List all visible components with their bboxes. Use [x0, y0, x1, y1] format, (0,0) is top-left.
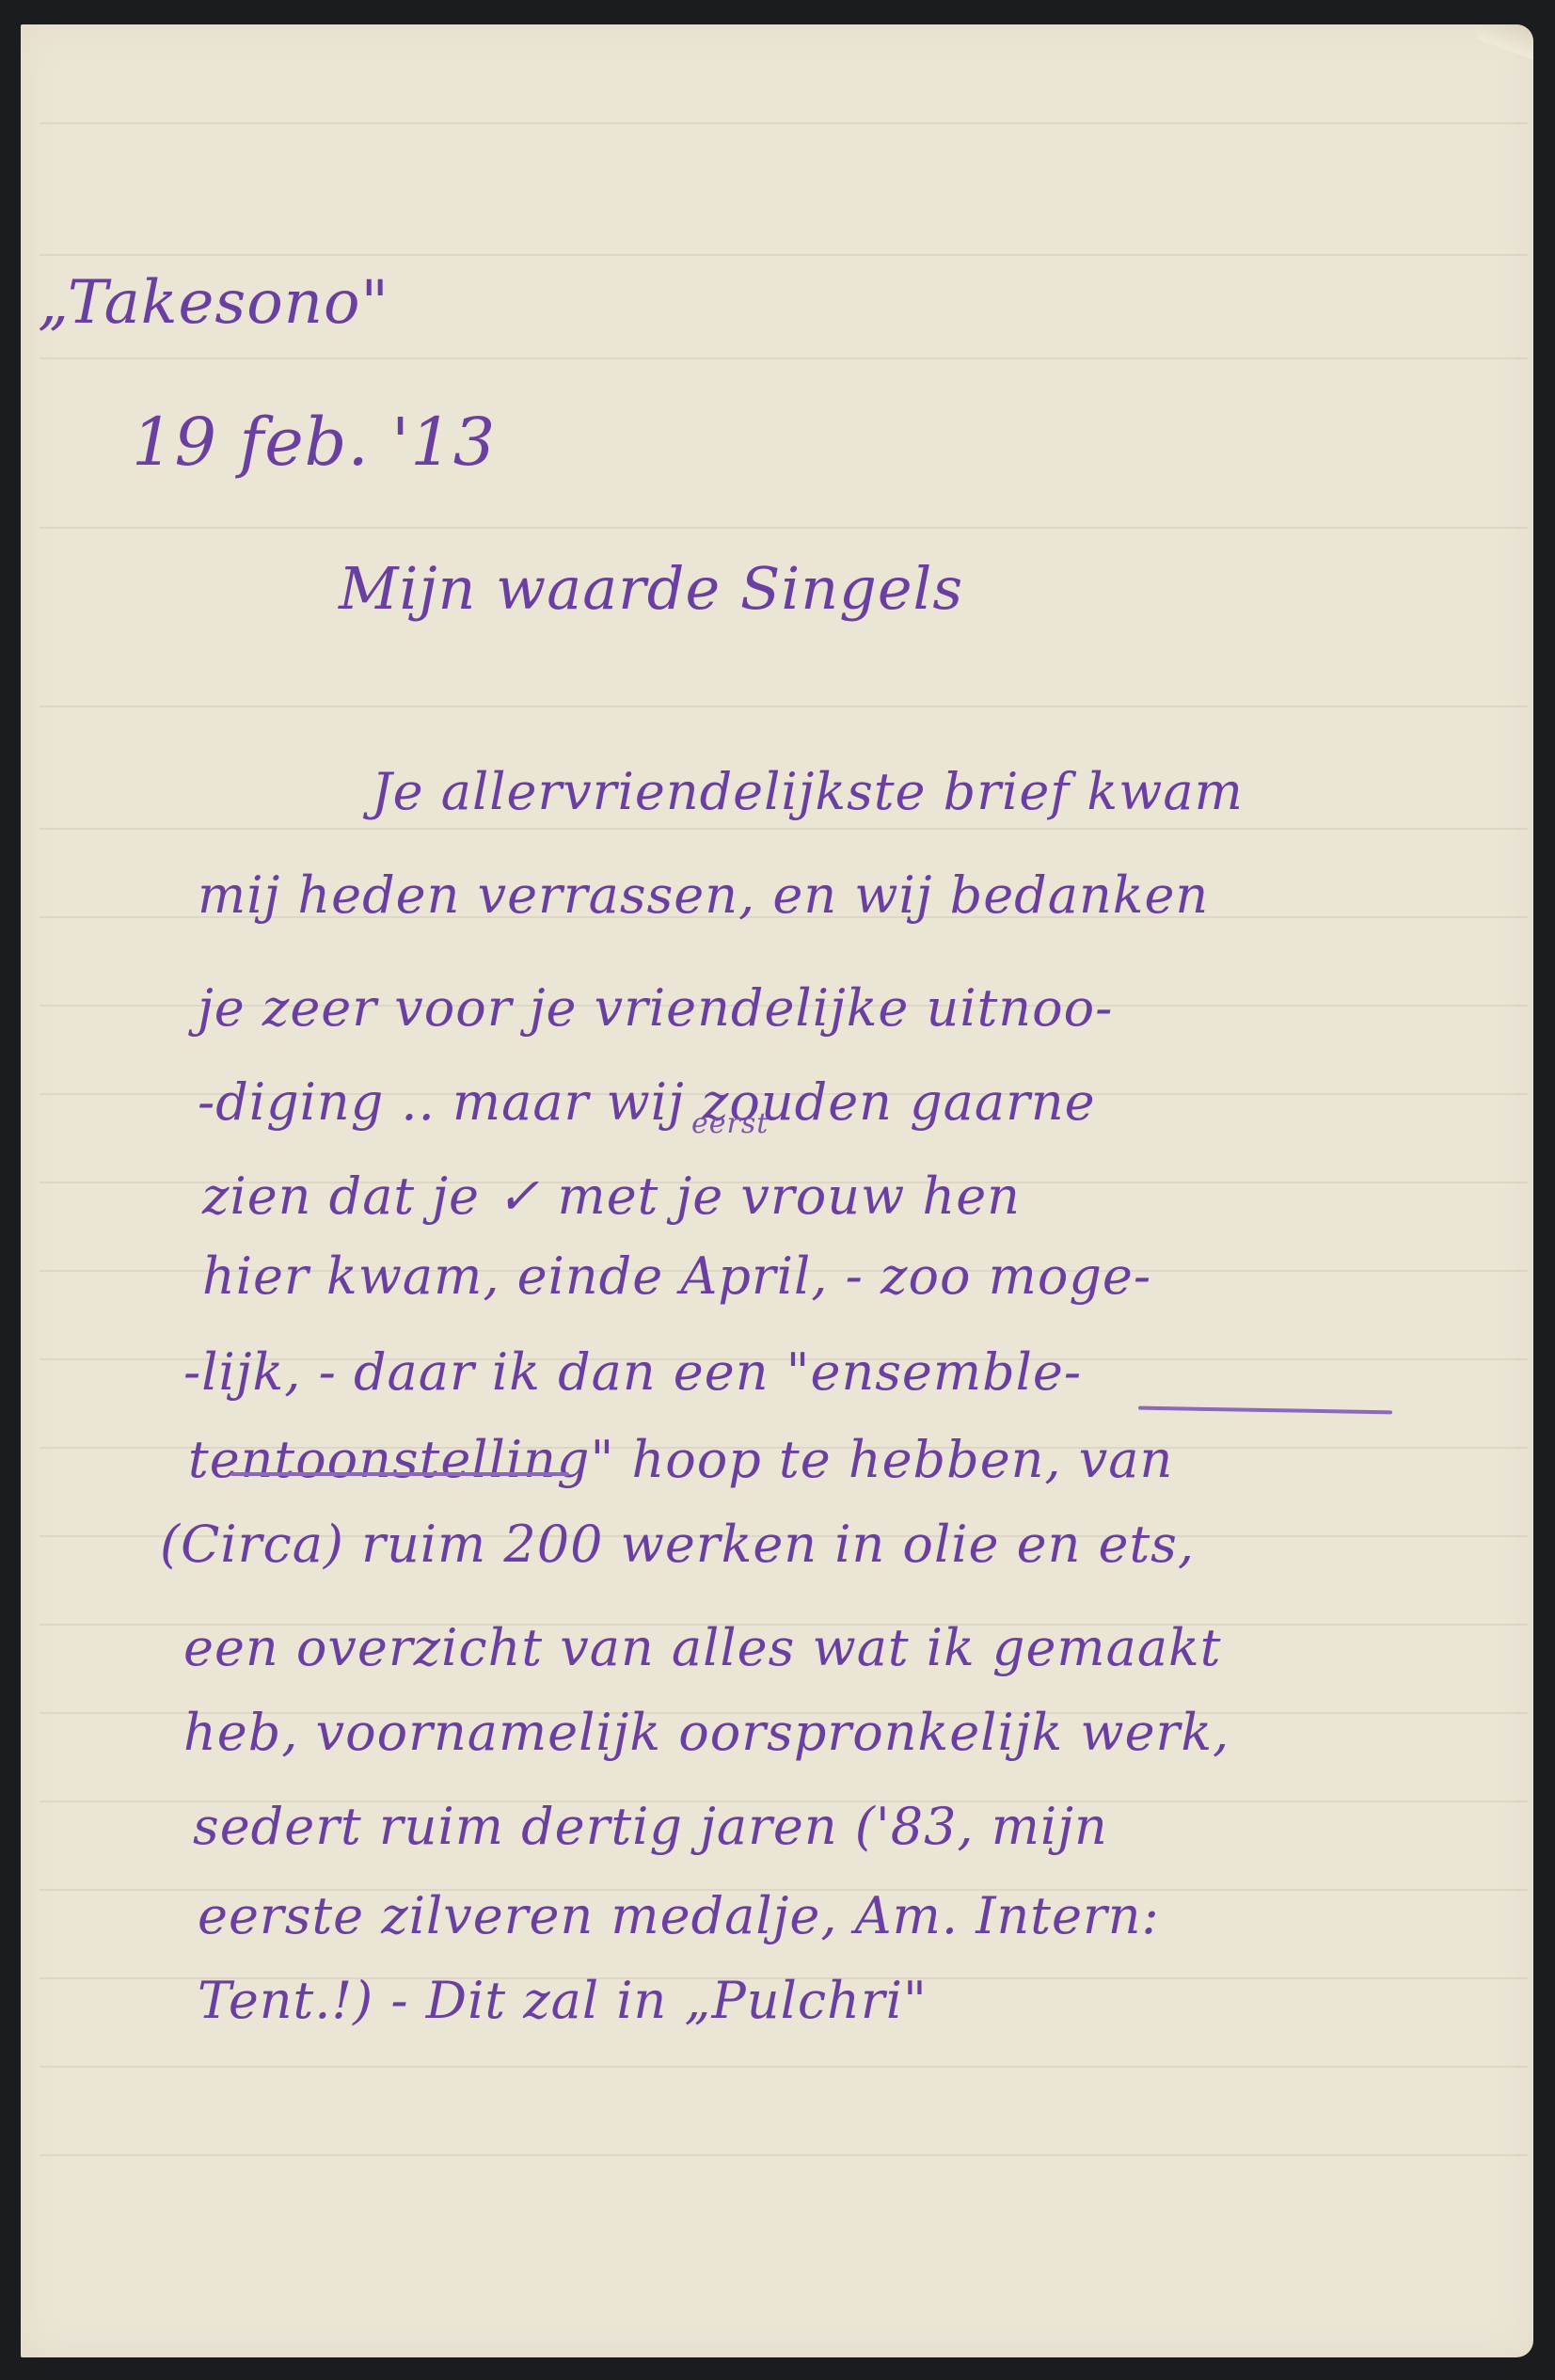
body-line-6: hier kwam, einde April, - zoo moge- [202, 1251, 1151, 1302]
body-line-4: -diging .. maar wij zouden gaarne [198, 1077, 1096, 1128]
ruled-line [40, 828, 1528, 830]
body-line-13: eerste zilveren medalje, Am. Intern: [198, 1891, 1160, 1942]
ruled-line [40, 254, 1528, 256]
ruled-line [40, 357, 1528, 359]
ruled-line [40, 2154, 1528, 2156]
underline-tentoonstelling [230, 1472, 569, 1476]
ruled-line [40, 706, 1528, 707]
insertion-eerst: eerst [691, 1110, 769, 1138]
body-line-12: sedert ruim dertig jaren ('83, mijn [193, 1801, 1108, 1852]
body-line-8: tentoonstelling" hoop te hebben, van [188, 1435, 1173, 1485]
salutation: Mijn waarde Singels [339, 560, 963, 618]
body-line-7: -lijk, - daar ik dan een "ensemble- [183, 1347, 1082, 1398]
body-line-14: Tent.!) - Dit zal in „Pulchri" [198, 1975, 928, 2026]
body-line-1: Je allervriendelijkste brief kwam [372, 767, 1244, 817]
folded-corner [1477, 24, 1533, 62]
ruled-line [40, 122, 1528, 124]
body-line-2: mij heden verrassen, en wij bedanken [198, 870, 1209, 921]
letter-date: 19 feb. '13 [132, 409, 496, 475]
body-line-9: (Circa) ruim 200 werken in olie en ets, [160, 1519, 1195, 1570]
body-line-10: een overzicht van alles wat ik gemaakt [183, 1623, 1221, 1674]
ruled-line [40, 2066, 1528, 2068]
ruled-line [40, 527, 1528, 529]
place-name: „Takesono" [38, 273, 389, 333]
body-line-5: zien dat je ✓ met je vrouw hen [202, 1171, 1021, 1222]
body-line-11: heb, voornamelijk oorspronkelijk werk, [183, 1707, 1230, 1758]
body-line-3: je zeer voor je vriendelijke uitnoo- [198, 983, 1113, 1034]
